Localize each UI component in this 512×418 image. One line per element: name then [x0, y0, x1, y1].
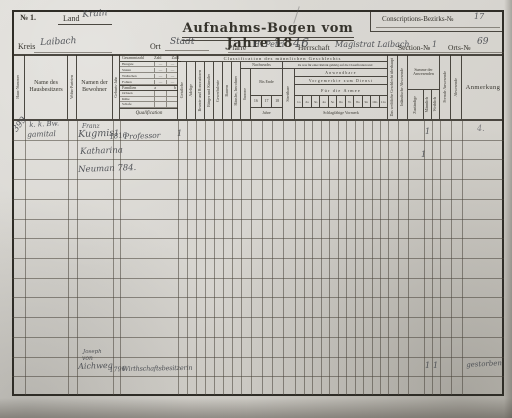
service-measure-cell: 7o: [346, 96, 354, 108]
pfarre-value: H. Petri: [253, 40, 284, 49]
classification-col-label: Gewerbsleute: [216, 80, 220, 102]
body-row-line: [12, 199, 504, 200]
col-anmerkung: Anmerkung: [462, 55, 504, 119]
col-anmerkung-label: Anmerkung: [466, 84, 501, 91]
summary-sub-row-label: Ochsen: [120, 91, 154, 95]
herrschaft-label: Herrschaft: [298, 43, 330, 52]
col-weibliches-geschlecht-label: Das weibliche Geschlecht überhaupt: [390, 58, 394, 117]
nachwuchs-year-cell: 16: [251, 96, 262, 108]
nachwuchs-unit: Jahre: [262, 111, 270, 115]
body-row-line: [12, 140, 504, 141]
service-line4: Für die Armee: [295, 85, 388, 96]
col-fremde-anwesende: Fremde Anwesende: [440, 55, 451, 119]
service-line2: Anwendbare: [295, 69, 388, 77]
summary-row-a: —: [154, 62, 166, 66]
summary-row-label: Stuten: [120, 68, 154, 72]
land-underline: [58, 24, 112, 25]
entry-bottom-occupation: Wirthschaftsbesitzerin: [122, 364, 192, 373]
summary-sub-row-a: [154, 102, 166, 107]
body-row-line: [12, 297, 504, 298]
nachwuchs-year-cell: 18: [272, 96, 283, 108]
service-rot-col: Streitbare: [283, 69, 295, 119]
col-abwesende: Abwesende: [451, 55, 462, 119]
right-shadow: [504, 0, 512, 418]
entry-bottom-w-tick: 1: [433, 361, 438, 370]
col-zustaendige-label: Zuständige: [413, 96, 417, 114]
col-wohnparteien-label: Wohn-Parteien: [70, 75, 74, 99]
ort-label: Ort: [150, 42, 161, 51]
entry-bottom-m-tick: 1: [425, 361, 430, 370]
service-measure-cell: 11o: [380, 96, 388, 108]
classification-col-label: Beamte und Honoratioren: [198, 70, 202, 112]
summary-row-a: —: [154, 80, 166, 84]
nachwuchs-year-cell: 17: [262, 96, 273, 108]
summary-footer-label: Qualification: [136, 111, 163, 117]
col-weiblich: Weiblich: [432, 90, 440, 119]
sheet-number: № 1.: [20, 13, 36, 22]
kreis-value: Laibach: [40, 36, 77, 48]
classification-col-1: Geistliche: [178, 62, 187, 119]
classification-col-4: Bürger und Künstler: [205, 62, 214, 119]
summary-sub-row-b: [166, 102, 178, 107]
entry-owner-line2: gamital: [27, 129, 56, 139]
col-abwesende-label: Abwesende: [454, 78, 458, 97]
classification-banner-label: Classification des männlichen Geschlecht…: [224, 56, 342, 61]
nachwuchs-unit-band: Jahre: [251, 108, 283, 119]
summary-row-label: Hengste: [120, 62, 154, 66]
classification-col-5: Gewerbsleute: [214, 62, 223, 119]
classification-col-6: Bauern: [223, 62, 232, 119]
summe-anwesende-header: Summe der Anwesenden: [408, 55, 440, 90]
service-line3: Vorgemerkte zum Dienst: [295, 77, 388, 85]
service-measure-cell: 2o: [303, 96, 311, 108]
col-hausbesitzer-label: Name des Hausbesitzers: [28, 80, 64, 94]
orts-value: 69: [477, 37, 488, 47]
orts-label: Orts-№: [448, 43, 471, 52]
header-row2-underline: [228, 52, 504, 53]
body-row-line: [12, 238, 504, 239]
body-row-line: [12, 278, 504, 279]
summary-box: Gesammtzahl Zahl Zahl Hengste——Stuten——W…: [120, 55, 178, 119]
service-measure-cell: 3o: [312, 96, 320, 108]
entry-resident2-name: Katharina: [80, 146, 123, 157]
summary-row-b: —: [166, 68, 178, 72]
summe-anwesende-title: Summe der Anwesenden: [411, 68, 437, 76]
conscription-value: 17: [474, 12, 484, 21]
pfarre-label: Pfarre: [228, 43, 246, 52]
body-row-line: [12, 357, 504, 358]
service-measure-cell: 5o: [329, 96, 337, 108]
land-value: Krain: [82, 8, 108, 20]
nachwuchs-title-band: Nachwuchs: [241, 62, 283, 69]
summary-box-rows: Hengste——Stuten——Wallachen——Fohlen——: [120, 61, 178, 85]
col-haus-nummer: Haus-Nummer: [12, 55, 25, 119]
entry-resident3-name: Neuman 784.: [78, 163, 136, 175]
col-wohnparteien: Wohn-Parteien: [68, 55, 77, 119]
col-inlaendische-abwesende-label: Inländische Abwesende: [400, 68, 404, 106]
conscription-cell-bottom-line: [370, 31, 504, 32]
summary-box-title: Gesammtzahl: [122, 56, 144, 60]
summary-sub-row-a: [154, 91, 166, 96]
classification-col-2: Adelige: [187, 62, 196, 119]
summary-row-a: —: [154, 74, 166, 78]
col-weibliches-geschlecht: Das weibliche Geschlecht überhaupt: [388, 55, 398, 119]
summary-sub-a: a: [154, 86, 156, 90]
summary-sub-rows: OchsenKüheSchafe: [120, 91, 178, 108]
nachwuchs-mid-label: Bis Ende: [259, 80, 274, 84]
col-bewohner: Namen der Bewohner: [77, 55, 113, 119]
summary-row-b: —: [166, 62, 178, 66]
conscription-underline: [376, 27, 500, 28]
classification-col-3: Beamte und Honoratioren: [196, 62, 205, 119]
col-bewohner-label: Namen der Bewohner: [80, 80, 110, 94]
census-sheet: № 1. Land Krain Aufnahms-Bogen vom Jahre…: [0, 0, 512, 418]
col-geburtsjahr: Geburts-Jahr: [113, 55, 120, 119]
summary-footer: Qualification: [120, 108, 178, 119]
kreis-label: Kreis: [18, 42, 35, 51]
col-haus-nummer-label: Haus-Nummer: [16, 75, 20, 99]
service-measure-cell: 9o: [363, 96, 371, 108]
classification-col-label: Bürger und Künstler: [207, 74, 211, 107]
classification-col-label: Geistliche: [180, 82, 184, 98]
col-geburtsjahr-label: Geburts-Jahr: [114, 77, 118, 98]
body-row-line: [12, 337, 504, 338]
entry-resident1-anmerkung: 4.: [477, 124, 485, 133]
service-banner: Zu was für einer Rubrik gehörig auf die …: [283, 62, 388, 69]
col-zustaendige: Zuständige: [408, 90, 424, 119]
summary-row-label: Fohlen: [120, 80, 154, 84]
entry-bottom-surname: Aichweg: [78, 361, 113, 371]
section-value: 1: [432, 40, 437, 49]
service-banner-label: Zu was für einer Rubrik gehörig auf die …: [298, 63, 373, 67]
classification-col-label: Adelige: [189, 84, 193, 97]
col-weiblich-label: Weiblich: [433, 97, 437, 111]
service-measure-cell: 10o: [371, 96, 379, 108]
ort-value: Stadt: [170, 37, 195, 47]
body-row-line: [12, 179, 504, 180]
body-row-line: [12, 159, 504, 160]
service-measure-cell: 8o: [354, 96, 362, 108]
bottom-shadow: [0, 398, 512, 418]
ort-underline: [165, 50, 209, 51]
body-row-line: [12, 317, 504, 318]
service-measure-cell: 6o: [337, 96, 345, 108]
summary-sub-row-label: Kühe: [120, 97, 154, 101]
title-underline-1: [182, 37, 354, 38]
summary-sub-row: Schafe: [120, 102, 178, 108]
summary-row-a: —: [154, 68, 166, 72]
summary-sub-b: b: [174, 86, 176, 90]
classification-col-label: Häusler, Inwohner: [234, 76, 238, 106]
summary-sub-row-label: Schafe: [120, 102, 154, 106]
service-line2-label: Anwendbare: [325, 71, 356, 75]
service-measure-cell: 4o: [320, 96, 328, 108]
col-fremde-anwesende-label: Fremde Anwesende: [443, 71, 447, 103]
body-row-line: [12, 376, 504, 377]
header-bottom-border: [12, 119, 504, 121]
classification-col-7: Häusler, Inwohner: [232, 62, 241, 119]
summary-row-b: —: [166, 74, 178, 78]
classification-col-label: Bauern: [225, 85, 229, 97]
summary-sub-row-b: [166, 97, 178, 102]
land-label: Land: [63, 14, 79, 23]
summary-sub-title: Familien: [122, 86, 136, 90]
col-inlaendische-abwesende: Inländische Abwesende: [398, 55, 408, 119]
classification-banner: Classification des männlichen Geschlecht…: [178, 55, 388, 62]
service-rot-label: Streitbare: [286, 86, 290, 102]
summary-box-col-a: Zahl: [154, 56, 161, 60]
body-row-line: [12, 258, 504, 259]
col-maennlich: Männlich: [424, 90, 432, 119]
nachwuchs-title: Nachwuchs: [252, 63, 271, 67]
kreis-underline: [34, 52, 112, 53]
service-line3-label: Vorgemerkte zum Dienst: [309, 79, 373, 83]
entry-resident1-sum-tick: 1: [425, 127, 430, 136]
col-hausbesitzer: Name des Hausbesitzers: [25, 55, 68, 119]
summary-row-b: —: [166, 80, 178, 84]
nachwuchs-rot-label: Summe: [243, 88, 247, 100]
body-row-line: [12, 219, 504, 220]
service-footer: Schlagfähige Vormerk: [295, 108, 388, 119]
nachwuchs-rot-col: Summe: [241, 69, 251, 119]
service-footer-label: Schlagfähige Vormerk: [323, 111, 359, 115]
summary-sub-row-a: [154, 97, 166, 102]
col-maennlich-label: Männlich: [425, 97, 429, 112]
service-measure-cell: 1o: [295, 96, 303, 108]
entry-owner-line1: k. k. Bw.: [29, 119, 59, 129]
nachwuchs-mid-cell: Bis Ende: [251, 69, 283, 96]
summary-sub-row-b: [166, 91, 178, 96]
service-line4-label: Für die Armee: [321, 88, 361, 93]
section-label: Section-№: [398, 43, 430, 52]
conscription-cell-left-line: [370, 10, 371, 31]
summary-row-label: Wallachen: [120, 74, 154, 78]
conscription-label: Conscriptions-Bezirks-№: [382, 15, 454, 23]
